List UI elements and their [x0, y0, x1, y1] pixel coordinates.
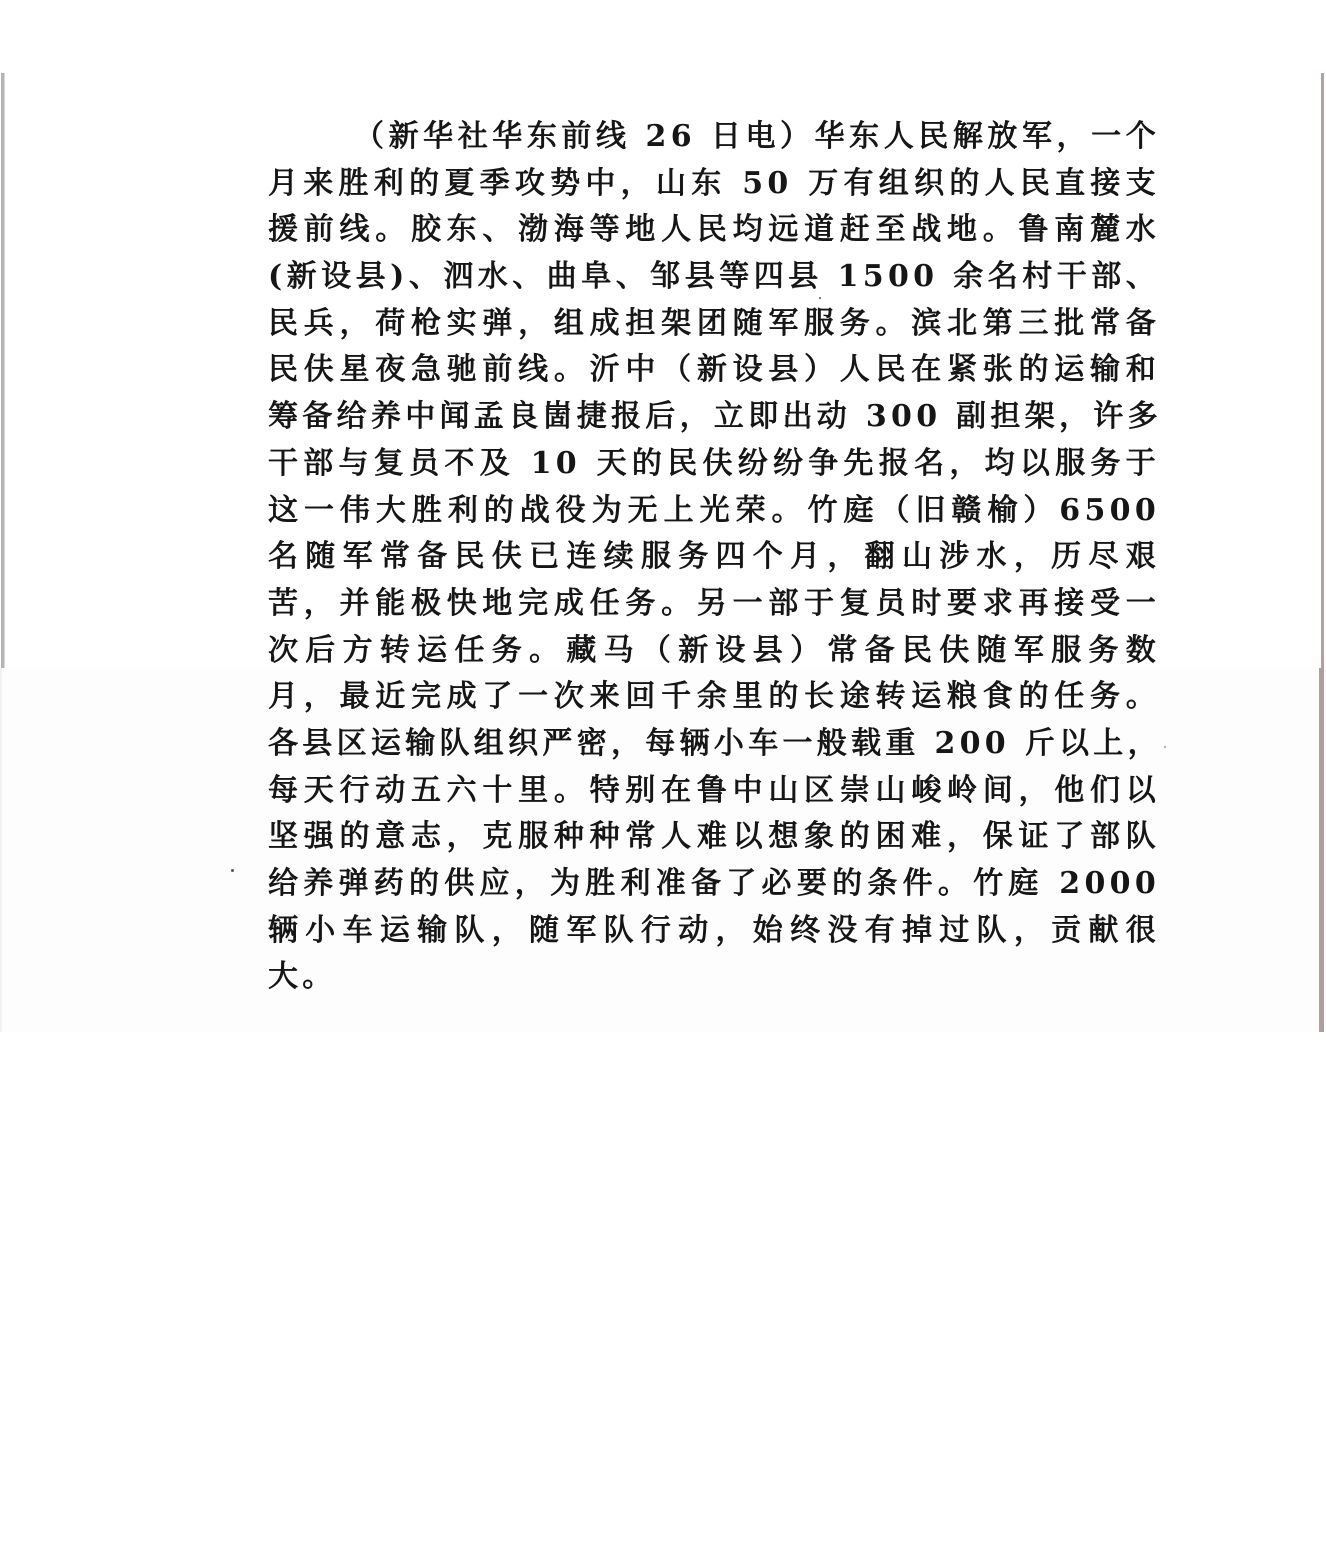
- scan-speck: [1164, 746, 1166, 748]
- text-line: 干部与复员不及 10 天的民伕纷纷争先报名，均以服务于: [268, 441, 1160, 488]
- text-line: 给养弹药的供应，为胜利准备了必要的条件。竹庭 2000: [268, 861, 1160, 908]
- page-edge-left: [1, 73, 5, 668]
- page-edge-right: [1321, 73, 1324, 668]
- text-line: 坚强的意志，克服种种常人难以想象的困难，保证了部队: [268, 814, 1160, 861]
- text-line: 民伕星夜急驰前线。沂中（新设县）人民在紧张的运输和: [268, 347, 1160, 394]
- text-line: (新设县)、泗水、曲阜、邹县等四县 1500 余名村干部、: [268, 254, 1160, 301]
- news-article-paragraph: （新华社华东前线 26 日电）华东人民解放军，一个 月来胜利的夏季攻势中，山东 …: [268, 114, 1160, 1001]
- text-line: 名随军常备民伕已连续服务四个月，翻山涉水，历尽艰: [268, 534, 1160, 581]
- text-line: 次后方转运任务。藏马（新设县）常备民伕随军服务数: [268, 628, 1160, 675]
- scan-speck: [231, 869, 234, 872]
- text-line: 援前线。胶东、渤海等地人民均远道赶至战地。鲁南麓水: [268, 207, 1160, 254]
- text-line: 辆小车运输队，随军队行动，始终没有掉过队，贡献很: [268, 908, 1160, 955]
- text-line: 月，最近完成了一次来回千余里的长途转运粮食的任务。: [268, 674, 1160, 721]
- text-line: 每天行动五六十里。特别在鲁中山区崇山峻岭间，他们以: [268, 768, 1160, 815]
- scan-speck: [819, 297, 821, 299]
- text-line: 各县区运输队组织严密，每辆小车一般载重 200 斤以上，: [268, 721, 1160, 768]
- page-edge-right-lower: [1319, 668, 1324, 1032]
- text-line: （新华社华东前线 26 日电）华东人民解放军，一个: [268, 114, 1160, 161]
- text-line: 大。: [268, 954, 1160, 1001]
- text-line: 月来胜利的夏季攻势中，山东 50 万有组织的人民直接支: [268, 161, 1160, 208]
- text-line: 民兵，荷枪实弹，组成担架团随军服务。滨北第三批常备: [268, 301, 1160, 348]
- text-line: 这一伟大胜利的战役为无上光荣。竹庭（旧赣榆）6500: [268, 488, 1160, 535]
- text-line: 苦，并能极快地完成任务。另一部于复员时要求再接受一: [268, 581, 1160, 628]
- text-line: 筹备给养中闻孟良崮捷报后，立即出动 300 副担架，许多: [268, 394, 1160, 441]
- page-edge-left-lower: [0, 668, 2, 1032]
